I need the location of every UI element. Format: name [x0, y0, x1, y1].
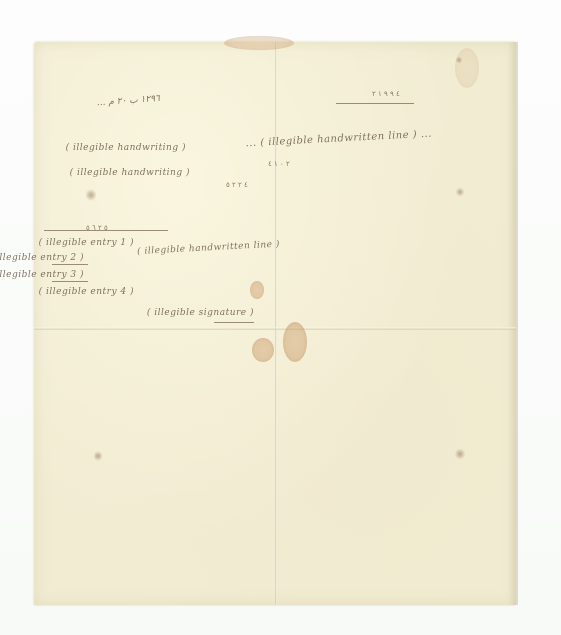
ledger-entry-underline: [52, 281, 88, 282]
ledger-entry: ( illegible entry 2 ): [54, 253, 84, 263]
ink-speck: [86, 188, 96, 202]
paper-edge-shadow: [508, 42, 518, 605]
ink-speck: [456, 187, 464, 197]
horizontal-fold-crease: [34, 327, 516, 330]
ledger-entry-underline: [52, 264, 88, 265]
ledger-entry: ( illegible entry 3 ): [54, 270, 84, 280]
ink-speck: [455, 448, 465, 460]
left-block-line-2: ( illegible handwriting ): [100, 168, 190, 178]
signature: ( illegible signature ): [214, 308, 254, 318]
stain-left-center: [252, 338, 274, 362]
top-wax-stain: [224, 36, 294, 50]
stain-small-upper: [250, 281, 264, 299]
left-block-numerals: ٤ ٢ ٢ ٥: [226, 181, 248, 189]
ink-speck: [94, 450, 102, 462]
left-block-line-1: ( illegible handwriting ): [86, 143, 186, 153]
header-numerals: ٤ ٩ ٩ ١ ٢: [372, 90, 400, 98]
header-underline: [336, 103, 414, 104]
ink-speck: [456, 56, 462, 64]
ledger-entry: ( illegible entry 4 ): [44, 287, 134, 297]
stain-top-right-corner: [455, 48, 479, 88]
vertical-fold-crease: [275, 42, 277, 605]
ledger-underline: [44, 230, 168, 231]
stain-right-center: [283, 322, 307, 362]
signature-underline: [214, 322, 254, 323]
ledger-entry: ( illegible entry 1 ): [44, 238, 134, 248]
mid-numerals: ٢ ٠ ١ ٤: [268, 160, 290, 168]
